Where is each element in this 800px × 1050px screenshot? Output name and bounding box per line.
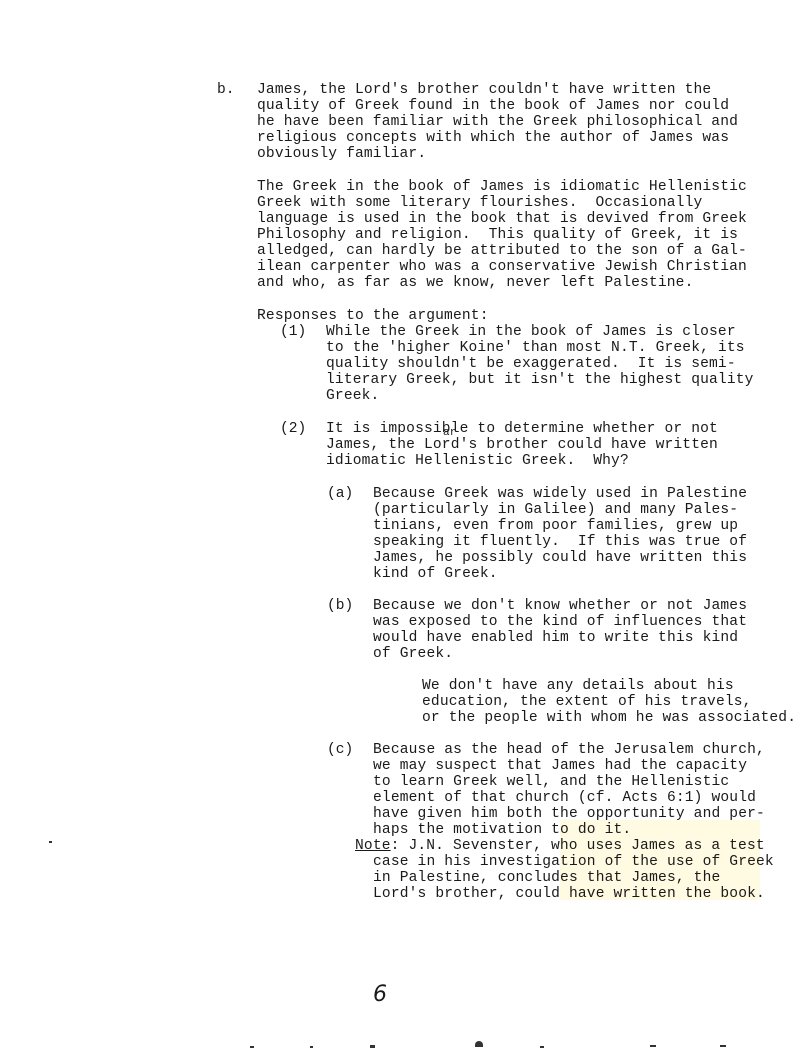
subitem-a-marker: (a) xyxy=(327,486,353,502)
note-line: Lord's brother, could have written the b… xyxy=(373,886,765,902)
subitem-b-line: would have enabled him to write this kin… xyxy=(373,630,738,646)
subitem-c-line: to learn Greek well, and the Hellenistic xyxy=(373,774,729,790)
response-2-line: James, the Lord's brother could have wri… xyxy=(326,437,718,453)
note-first-line-rest: : J.N. Sevenster, who uses James as a te… xyxy=(391,838,765,854)
response-1-line: While the Greek in the book of James is … xyxy=(326,324,736,340)
subitem-a-line: (particularly in Galilee) and many Pales… xyxy=(373,502,738,518)
response-1-line: to the 'higher Koine' than most N.T. Gre… xyxy=(326,340,745,356)
subitem-b-line: was exposed to the kind of influences th… xyxy=(373,614,747,630)
responses-heading: Responses to the argument: xyxy=(257,308,489,324)
subitem-b-detail-line: or the people with whom he was associate… xyxy=(422,710,796,726)
document-page: b. James, the Lord's brother couldn't ha… xyxy=(0,0,800,1050)
subitem-a-line: kind of Greek. xyxy=(373,566,498,582)
note-line: in Palestine, concludes that James, the xyxy=(373,870,720,886)
subitem-c-line: we may suspect that James had the capaci… xyxy=(373,758,747,774)
section-b-marker: b. xyxy=(217,82,235,98)
subitem-b-marker: (b) xyxy=(327,598,353,614)
subitem-c-line: Because as the head of the Jerusalem chu… xyxy=(373,742,765,758)
response-2-line: It is impossible to determine whether or… xyxy=(326,421,718,437)
subitem-c-line: haps the motivation to do it. xyxy=(373,822,631,838)
section-b-line: obviously familiar. xyxy=(257,146,426,162)
subitem-b-detail-line: education, the extent of his travels, xyxy=(422,694,752,710)
response-1-line: literary Greek, but it isn't the highest… xyxy=(326,372,754,388)
note-label: Note xyxy=(355,838,391,854)
explanation-line: language is used in the book that is dev… xyxy=(257,211,747,227)
response-2-marker: (2) xyxy=(280,421,306,437)
section-b-line: quality of Greek found in the book of Ja… xyxy=(257,98,729,114)
subitem-a-line: speaking it fluently. If this was true o… xyxy=(373,534,747,550)
subitem-b-line: Because we don't know whether or not Jam… xyxy=(373,598,747,614)
subitem-a-line: tinians, even from poor families, grew u… xyxy=(373,518,738,534)
explanation-line: alledged, can hardly be attributed to th… xyxy=(257,243,747,259)
section-b-line: religious concepts with which the author… xyxy=(257,130,729,146)
typed-overstrike: ar xyxy=(443,428,456,439)
response-1-line: quality shouldn't be exaggerated. It is … xyxy=(326,356,736,372)
subitem-b-line: of Greek. xyxy=(373,646,453,662)
subitem-c-line: element of that church (cf. Acts 6:1) wo… xyxy=(373,790,756,806)
response-1-marker: (1) xyxy=(280,324,306,340)
response-2-line: idiomatic Hellenistic Greek. Why? xyxy=(326,453,629,469)
explanation-line: The Greek in the book of James is idioma… xyxy=(257,179,747,195)
response-1-line: Greek. xyxy=(326,388,379,404)
bottom-scan-marks xyxy=(210,1040,770,1050)
subitem-c-line: have given him both the opportunity and … xyxy=(373,806,765,822)
explanation-line: Philosophy and religion. This quality of… xyxy=(257,227,738,243)
subitem-a-line: James, he possibly could have written th… xyxy=(373,550,747,566)
subitem-c-marker: (c) xyxy=(327,742,353,758)
section-b-line: James, the Lord's brother couldn't have … xyxy=(257,82,711,98)
note-first-line: Note: J.N. Sevenster, who uses James as … xyxy=(355,838,765,854)
section-b-line: he have been familiar with the Greek phi… xyxy=(257,114,738,130)
explanation-line: and who, as far as we know, never left P… xyxy=(257,275,693,291)
note-line: case in his investigation of the use of … xyxy=(373,854,774,870)
explanation-line: Greek with some literary flourishes. Occ… xyxy=(257,195,702,211)
page-number: 6 xyxy=(373,982,387,1007)
subitem-a-line: Because Greek was widely used in Palesti… xyxy=(373,486,747,502)
explanation-line: ilean carpenter who was a conservative J… xyxy=(257,259,747,275)
scan-speck xyxy=(49,841,52,843)
subitem-b-detail-line: We don't have any details about his xyxy=(422,678,734,694)
